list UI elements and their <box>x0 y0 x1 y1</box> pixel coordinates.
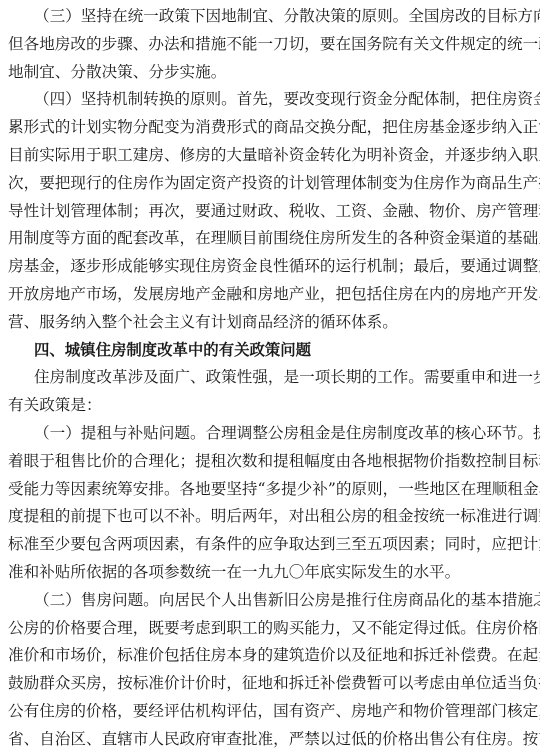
text-line: 营、服务纳入整个社会主义有计划商品经济的循环体系。 <box>8 309 540 337</box>
text-line: （二）售房问题。向居民个人出售新旧公房是推行住房商品化的基本措施之一。出售 <box>8 587 540 615</box>
paragraph-principle-3: （三）坚持在统一政策下因地制宜、分散决策的原则。全国房改的目标方向是一致的， 但… <box>8 3 540 86</box>
paragraph-section-4-intro: 住房制度改革涉及面广、政策性强，是一项长期的工作。需要重申和进一步明确的 有关政… <box>8 364 540 420</box>
text-line: 公有住房的价格，要经评估机构评估，国有资产、房地产和物价管理部门核定，报所在 <box>8 698 540 726</box>
text-line: 导性计划管理体制；再次，要通过财政、税收、工资、金融、物价、房产管理和土地使 <box>8 198 540 226</box>
text-line: 度提租的前提下也可以不补。明后两年，对出租公房的租金按统一标准进行调整，这个 <box>8 503 540 531</box>
text-line: 公房的价格要合理，既要考虑到职工的购买能力，又不能定得过低。住房价格区分为标 <box>8 615 540 643</box>
text-line: 着眼于租售比价的合理化；提租次数和提租幅度由各地根据物价指数控制目标和群众承 <box>8 448 540 476</box>
paragraph-principle-4: （四）坚持机制转换的原则。首先，要改变现行资金分配体制，把住房资金从作为积 累形… <box>8 86 540 336</box>
text-line: 但各地房改的步骤、办法和措施不能一刀切，要在国务院有关文件规定的统一政策下，因 <box>8 31 540 59</box>
text-line: 鼓励群众买房，按标准价计价时，征地和拆迁补偿费暂可以考虑由单位适当负担。出售 <box>8 670 540 698</box>
text-line: 标准至少要包含两项因素，有条件的应争取达到三至五项因素；同时，应把计算租金标 <box>8 531 540 559</box>
text-line: 地制宜、分散决策、分步实施。 <box>8 59 540 87</box>
text-line: 房基金，逐步形成能够实现住房资金良性循环的运行机制；最后，要通过调整产业结构， <box>8 253 540 281</box>
text-line: 准价和市场价，标准价包括住房本身的建筑造价以及征地和拆迁补偿费。在起步阶段，为 <box>8 642 540 670</box>
section-heading: 四、城镇住房制度改革中的有关政策问题 <box>8 337 540 365</box>
text-line: 开放房地产市场，发展房地产金融和房地产业，把包括住房在内的房地产开发、建设、经 <box>8 281 540 309</box>
document-page: （三）坚持在统一政策下因地制宜、分散决策的原则。全国房改的目标方向是一致的， 但… <box>8 3 540 753</box>
text-line: 有关政策是： <box>8 392 540 420</box>
text-line: 住房制度改革涉及面广、政策性强，是一项长期的工作。需要重申和进一步明确的 <box>8 364 540 392</box>
paragraph-policy-1: （一）提租与补贴问题。合理调整公房租金是住房制度改革的核心环节。提高房租要 着眼… <box>8 420 540 587</box>
text-line: 准和补贴所依据的各项参数统一在一九九〇年底实际发生的水平。 <box>8 559 540 587</box>
text-line: 次，要把现行的住房作为固定资产投资的计划管理体制变为住房作为商品生产投资的指 <box>8 170 540 198</box>
text-line: （四）坚持机制转换的原则。首先，要改变现行资金分配体制，把住房资金从作为积 <box>8 86 540 114</box>
text-line: 受能力等因素统筹安排。各地要坚持“多提少补”的原则，一些地区在理顺租金、小幅 <box>8 476 540 504</box>
paragraph-policy-2: （二）售房问题。向居民个人出售新旧公房是推行住房商品化的基本措施之一。出售 公房… <box>8 587 540 753</box>
text-line: 省、自治区、直辖市人民政府审查批准，严禁以过低的价格出售公有住房。按市场价格 <box>8 726 540 753</box>
text-line: （一）提租与补贴问题。合理调整公房租金是住房制度改革的核心环节。提高房租要 <box>8 420 540 448</box>
text-line: 目前实际用于职工建房、修房的大量暗补资金转化为明补资金，并逐步纳入职工工资；其 <box>8 142 540 170</box>
text-line: 用制度等方面的配套改革，在理顺目前围绕住房所发生的各种资金渠道的基础上建立住 <box>8 225 540 253</box>
text-line: （三）坚持在统一政策下因地制宜、分散决策的原则。全国房改的目标方向是一致的， <box>8 3 540 31</box>
text-line: 累形式的计划实物分配变为消费形式的商品交换分配，把住房基金逐步纳入正常渠道，使 <box>8 114 540 142</box>
